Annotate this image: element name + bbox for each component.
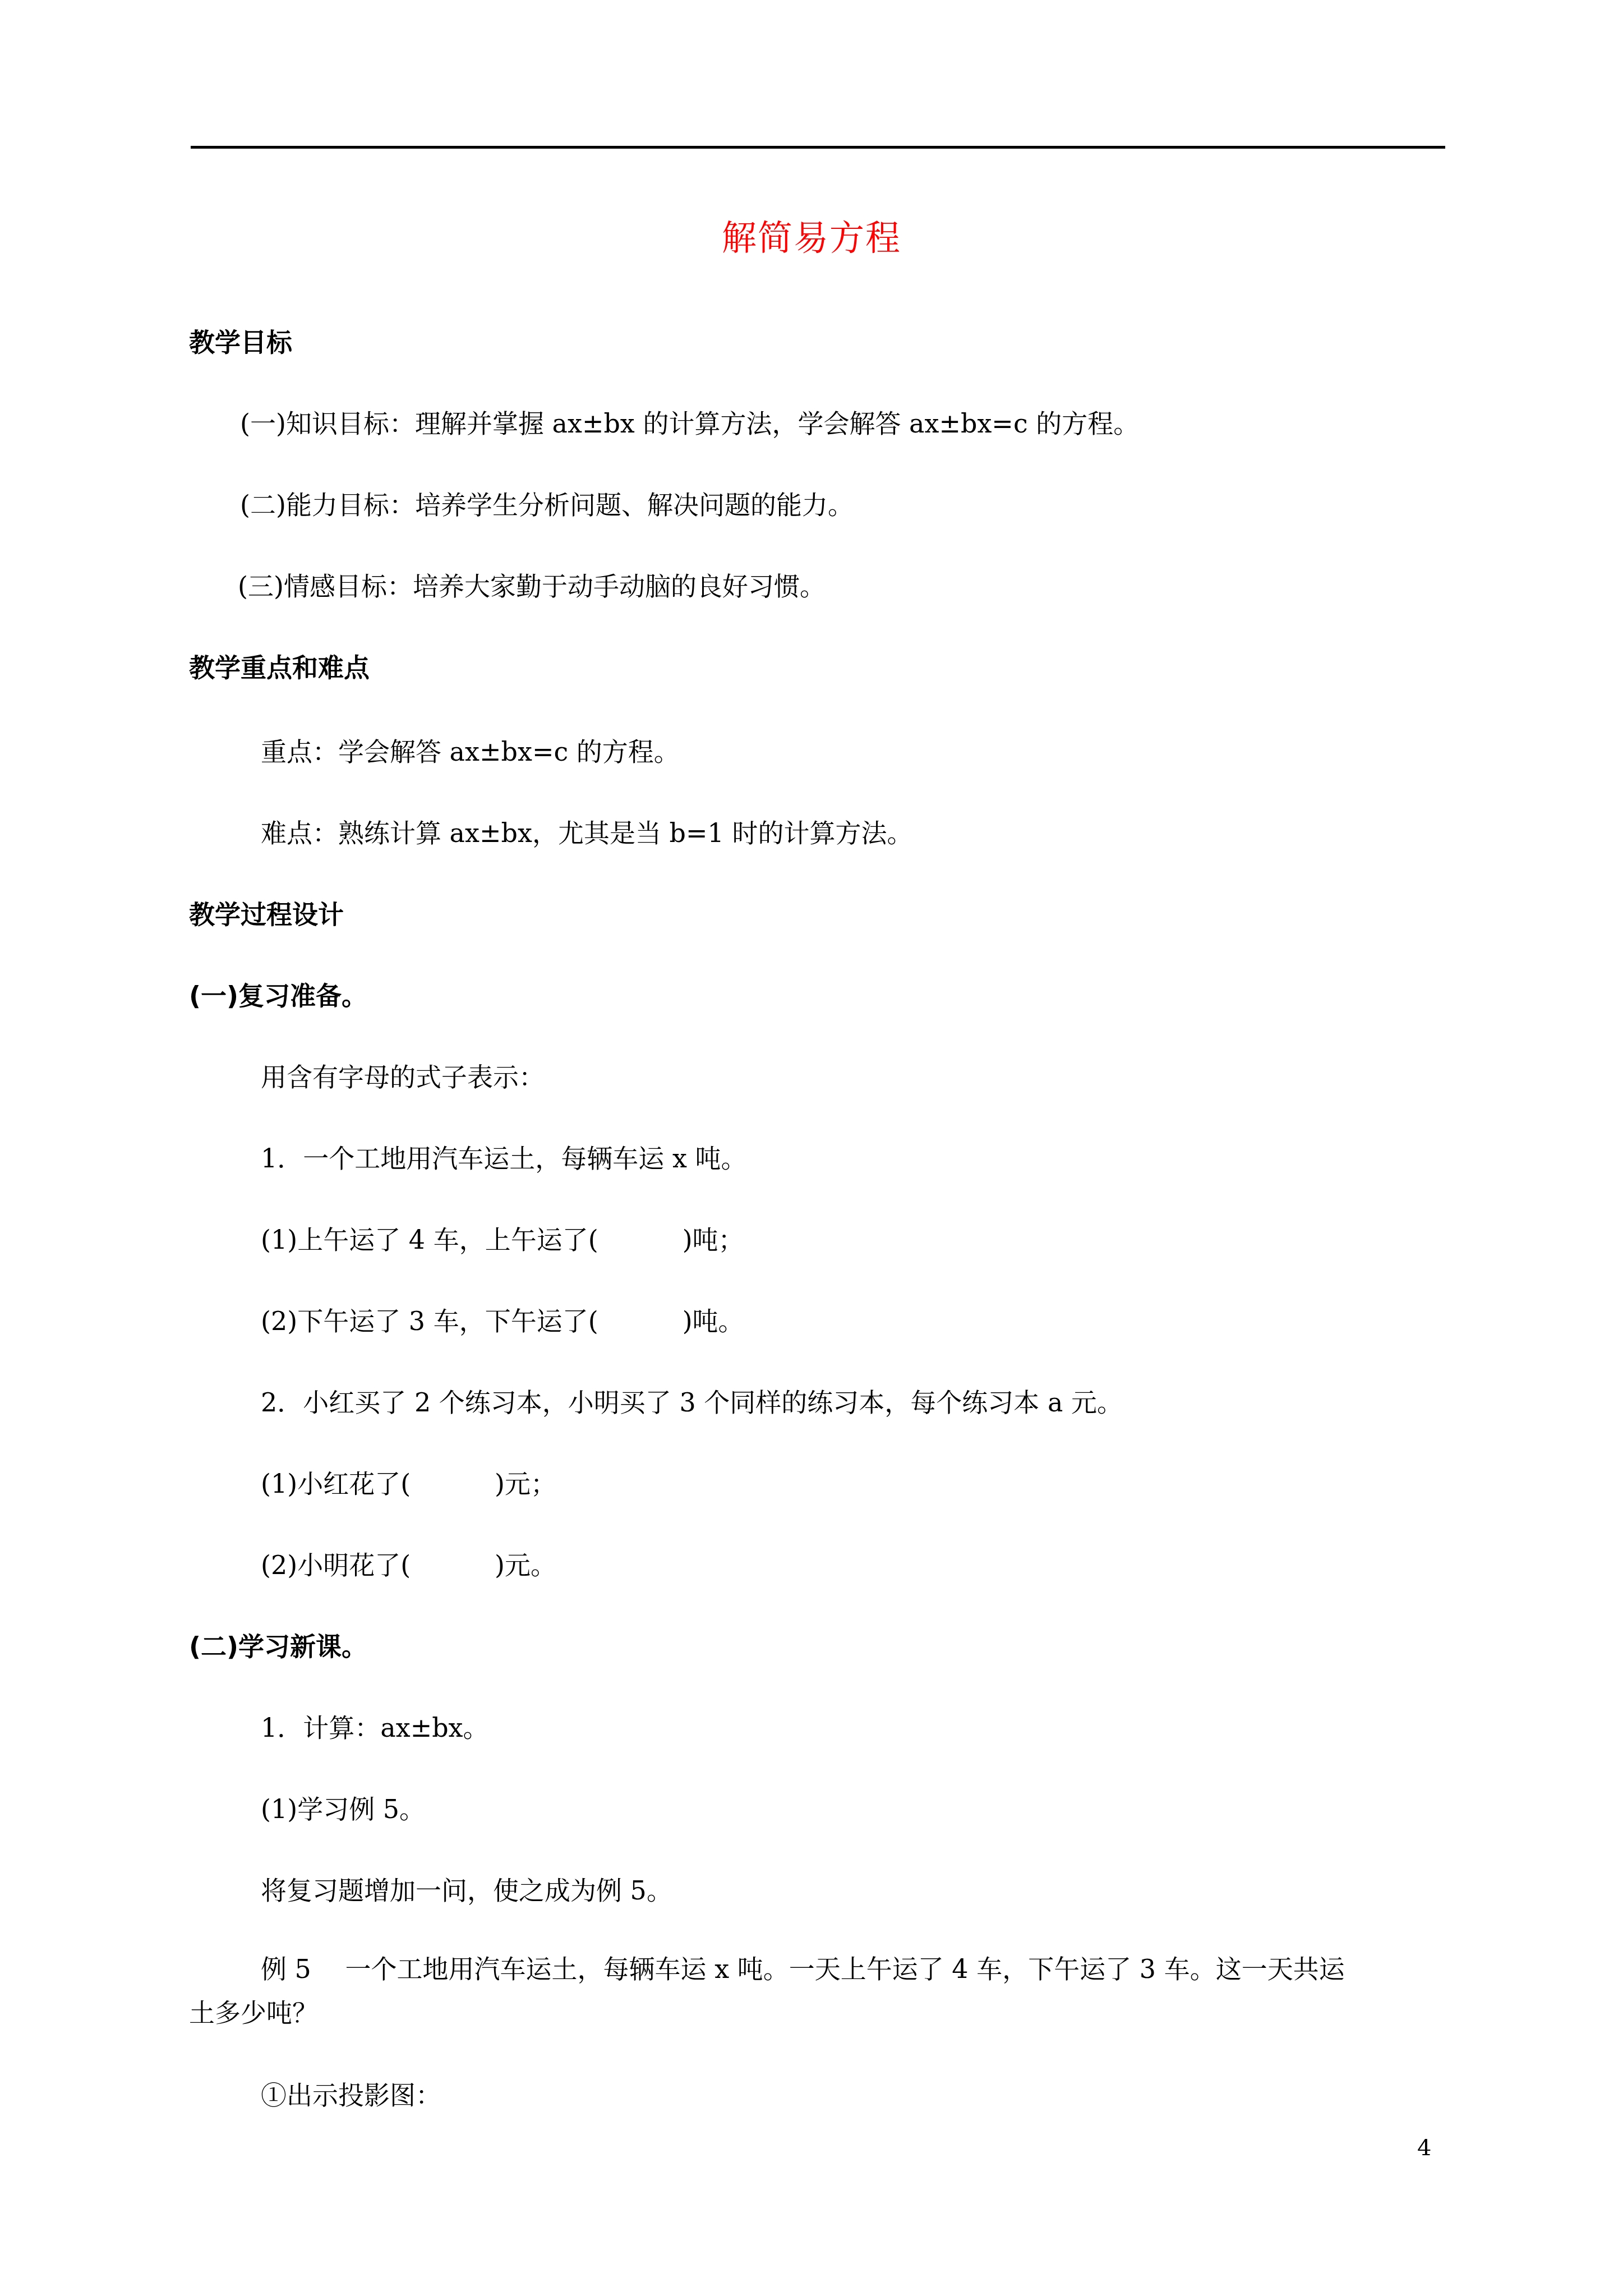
header-rule — [191, 146, 1445, 149]
review-question-1-1: (1)上午运了 4 车，上午运了()吨； — [261, 1224, 744, 1255]
objective-emotion: (三)情感目标：培养大家勤于动手动脑的良好习惯。 — [238, 570, 826, 602]
heading-key-points: 教学重点和难点 — [189, 652, 370, 683]
review-question-1-2: (2)下午运了 3 车，下午运了()吨。 — [261, 1305, 744, 1337]
document-title: 解简易方程 — [0, 218, 1623, 259]
review-question-2: 2．小红买了 2 个练习本，小明买了 3 个同样的练习本，每个练习本 a 元。 — [261, 1387, 1123, 1418]
review-question-1: 1．一个工地用汽车运土，每辆车运 x 吨。 — [261, 1143, 746, 1174]
objective-ability: (二)能力目标：培养学生分析问题、解决问题的能力。 — [240, 489, 854, 521]
new-lesson-step-1: 1．计算：ax±bx。 — [261, 1712, 489, 1743]
q1-1-prefix: (1)上午运了 4 车，上午运了( — [261, 1225, 598, 1255]
show-projection: ①出示投影图： — [261, 2079, 441, 2111]
q1-2-prefix: (2)下午运了 3 车，下午运了( — [261, 1306, 598, 1336]
q1-2-suffix: )吨。 — [683, 1306, 744, 1336]
q1-1-suffix: )吨； — [683, 1225, 744, 1255]
heading-review: (一)复习准备。 — [189, 980, 367, 1011]
q2-2-prefix: (2)小明花了( — [261, 1550, 411, 1580]
new-lesson-note: 将复习题增加一问，使之成为例 5。 — [261, 1875, 672, 1906]
q2-1-suffix: )元； — [495, 1469, 556, 1499]
q2-2-suffix: )元。 — [495, 1550, 556, 1580]
page-number: 4 — [1417, 2135, 1431, 2161]
example-5-line-2: 土多少吨？ — [189, 1997, 318, 2028]
example-5-line-1: 例 5 一个工地用汽车运土，每辆车运 x 吨。一天上午运了 4 车，下午运了 3… — [261, 1953, 1345, 1985]
objective-knowledge: (一)知识目标：理解并掌握 ax±bx 的计算方法，学会解答 ax±bx=c 的… — [240, 408, 1139, 439]
heading-new-lesson: (二)学习新课。 — [189, 1631, 367, 1662]
key-point: 重点：学会解答 ax±bx=c 的方程。 — [261, 736, 680, 767]
q2-1-prefix: (1)小红花了( — [261, 1469, 411, 1499]
new-lesson-step-1-1: (1)学习例 5。 — [261, 1793, 425, 1825]
review-question-2-1: (1)小红花了()元； — [261, 1468, 556, 1499]
heading-process: 教学过程设计 — [189, 899, 344, 930]
review-intro: 用含有字母的式子表示： — [261, 1061, 545, 1093]
heading-objectives: 教学目标 — [189, 326, 292, 358]
review-question-2-2: (2)小明花了()元。 — [261, 1549, 556, 1581]
difficult-point: 难点：熟练计算 ax±bx，尤其是当 b=1 时的计算方法。 — [261, 817, 912, 849]
